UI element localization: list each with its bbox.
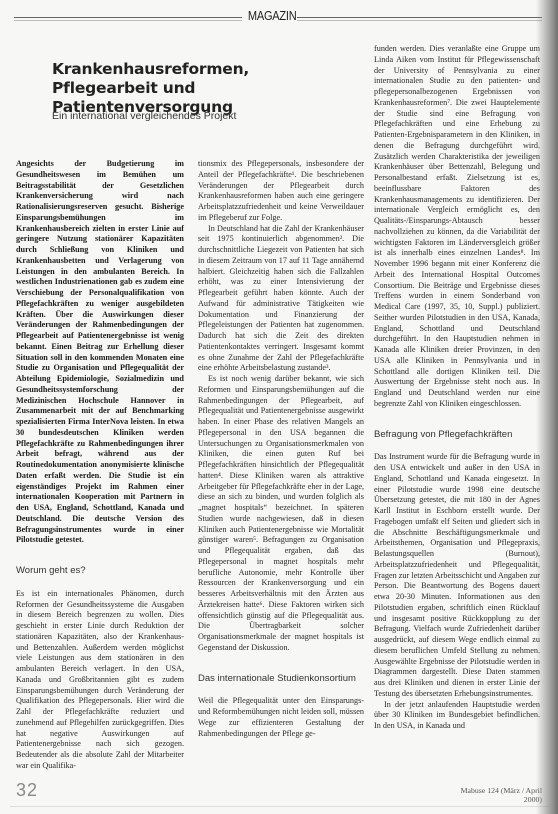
body-paragraph: Weil die Pflegequalität unter den Einspa… [198,696,364,739]
header-rule-left-secondary [14,20,242,21]
subheading-befragung: Befragung von Pflegefachkräften [374,430,540,441]
page-binding-shadow [536,0,558,814]
body-paragraph: funden werden. Dies veranlaßte eine Grup… [374,44,540,410]
subheading-studienkonsortium: Das internationale Studienkonsortium [198,674,364,685]
bottom-edge [10,806,550,807]
lead-paragraph: Angesichts der Budgetierung im Gesundhei… [16,159,184,546]
body-paragraph: In Deutschland hat die Zahl der Krankenh… [198,224,364,375]
column-left: Angesichts der Budgetierung im Gesundhei… [16,159,184,772]
body-paragraph: Es ist noch wenig darüber bekannt, wie s… [198,374,364,654]
column-right: funden werden. Dies veranlaßte eine Grup… [374,44,540,732]
article-title: Krankenhausreformen, Pflegearbeit und Pa… [52,60,352,117]
section-label: MAGAZIN [248,8,292,23]
header-rule-right-secondary [297,20,542,21]
magazine-page: MAGAZIN Krankenhausreformen, Pflegearbei… [0,0,558,814]
journal-reference: Mabuse 124 (März / April 2000) [448,786,542,804]
body-paragraph: Es ist ein internationales Phänomen, dur… [16,589,184,772]
subheading-worum-geht-es: Worum geht es? [16,566,184,577]
header-rule-right [297,17,542,18]
header-rule-left [14,17,242,18]
page-number: 32 [16,780,38,801]
column-middle: tionsmix des Pflegepersonals, insbesonde… [198,159,364,739]
body-paragraph: Das Instrument wurde für die Befragung w… [374,452,540,699]
body-paragraph: In der jetzt anlaufenden Hauptstudie wer… [374,700,540,732]
body-paragraph: tionsmix des Pflegepersonals, insbesonde… [198,159,364,224]
article-subtitle: Ein international vergleichendes Projekt [52,110,352,122]
